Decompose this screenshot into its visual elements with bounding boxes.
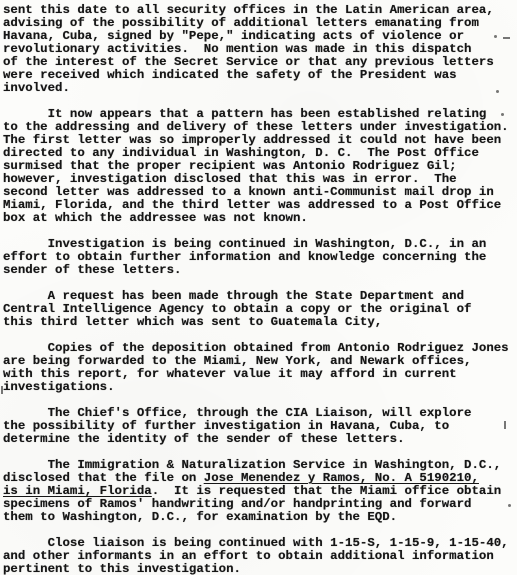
scan-artifact-dot [496, 90, 499, 93]
paragraph-2: It now appears that a pattern has been e… [3, 108, 514, 225]
paragraph-7: The Immigration & Naturalization Service… [3, 459, 514, 524]
paragraph-1: sent this date to all security offices i… [3, 4, 514, 95]
scan-artifact-dot [501, 113, 504, 116]
paragraph-5: Copies of the deposition obtained from A… [3, 342, 514, 394]
document-page: sent this date to all security offices i… [0, 0, 517, 575]
paragraph-3: Investigation is being continued in Wash… [3, 238, 514, 277]
scan-artifact-dot [508, 504, 511, 507]
paragraph-4: A request has been made through the Stat… [3, 290, 514, 329]
paragraph-6: The Chief's Office, through the CIA Liai… [3, 407, 514, 446]
scan-artifact-dot [420, 253, 423, 256]
scan-artifact-dash [503, 37, 510, 39]
scan-artifact-tick [504, 421, 506, 429]
scan-artifact-dot [494, 35, 497, 38]
scan-artifact-tick [1, 386, 3, 394]
paragraph-8: Close liaison is being continued with 1-… [3, 537, 514, 575]
